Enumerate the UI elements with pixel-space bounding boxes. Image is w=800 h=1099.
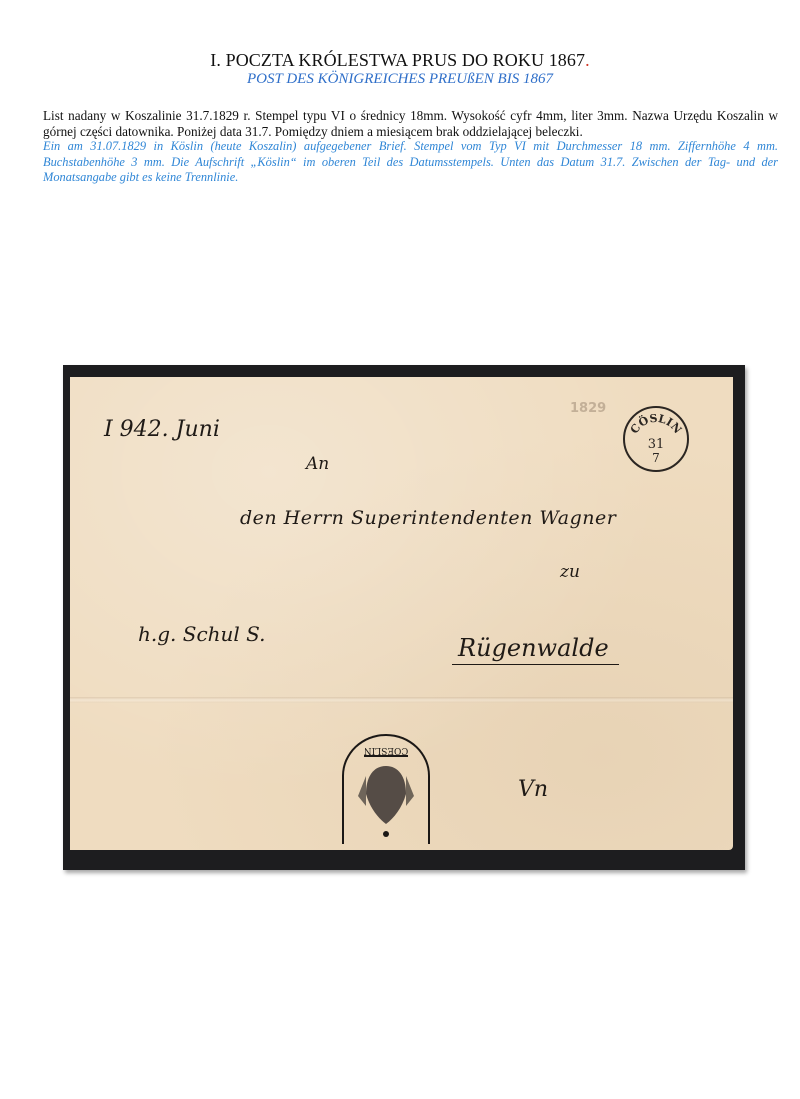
postmark-text-icon: CÖSLIN 31 7 (625, 408, 687, 470)
svg-text:COESLIN: COESLIN (364, 745, 409, 755)
svg-text:CÖSLIN: CÖSLIN (628, 412, 684, 436)
letter-cover: I 942. Juni 1829 CÖSLIN 31 7 An den Herr… (70, 377, 733, 850)
red-mark: . (585, 50, 590, 70)
description-german: Ein am 31.07.1829 in Köslin (heute Kosza… (43, 139, 778, 186)
franking-note: h.g. Schul S. (138, 622, 266, 646)
postmark-cds: CÖSLIN 31 7 (623, 406, 689, 472)
svg-text:31: 31 (648, 437, 665, 452)
address-line-4: Rügenwalde (452, 634, 619, 665)
fold-line (70, 697, 733, 703)
address-line-3: zu (560, 562, 580, 582)
pencil-note: 1829 (570, 401, 606, 416)
back-note: Vn (518, 777, 548, 802)
svg-text:7: 7 (652, 451, 660, 465)
page-title: I. POCZTA KRÓLESTWA PRUS DO ROKU 1867. (0, 50, 800, 71)
description-polish: List nadany w Koszalinie 31.7.1829 r. St… (43, 108, 778, 139)
seal-eagle-icon: COESLIN (344, 736, 428, 844)
address-line-2: den Herrn Superintendenten Wagner (240, 507, 616, 529)
docket-note: I 942. Juni (104, 417, 220, 442)
address-line-1: An (306, 454, 329, 474)
official-seal: COESLIN (342, 734, 430, 844)
page-subtitle: POST DES KÖNIGREICHES PREUßEN BIS 1867 (0, 71, 800, 88)
